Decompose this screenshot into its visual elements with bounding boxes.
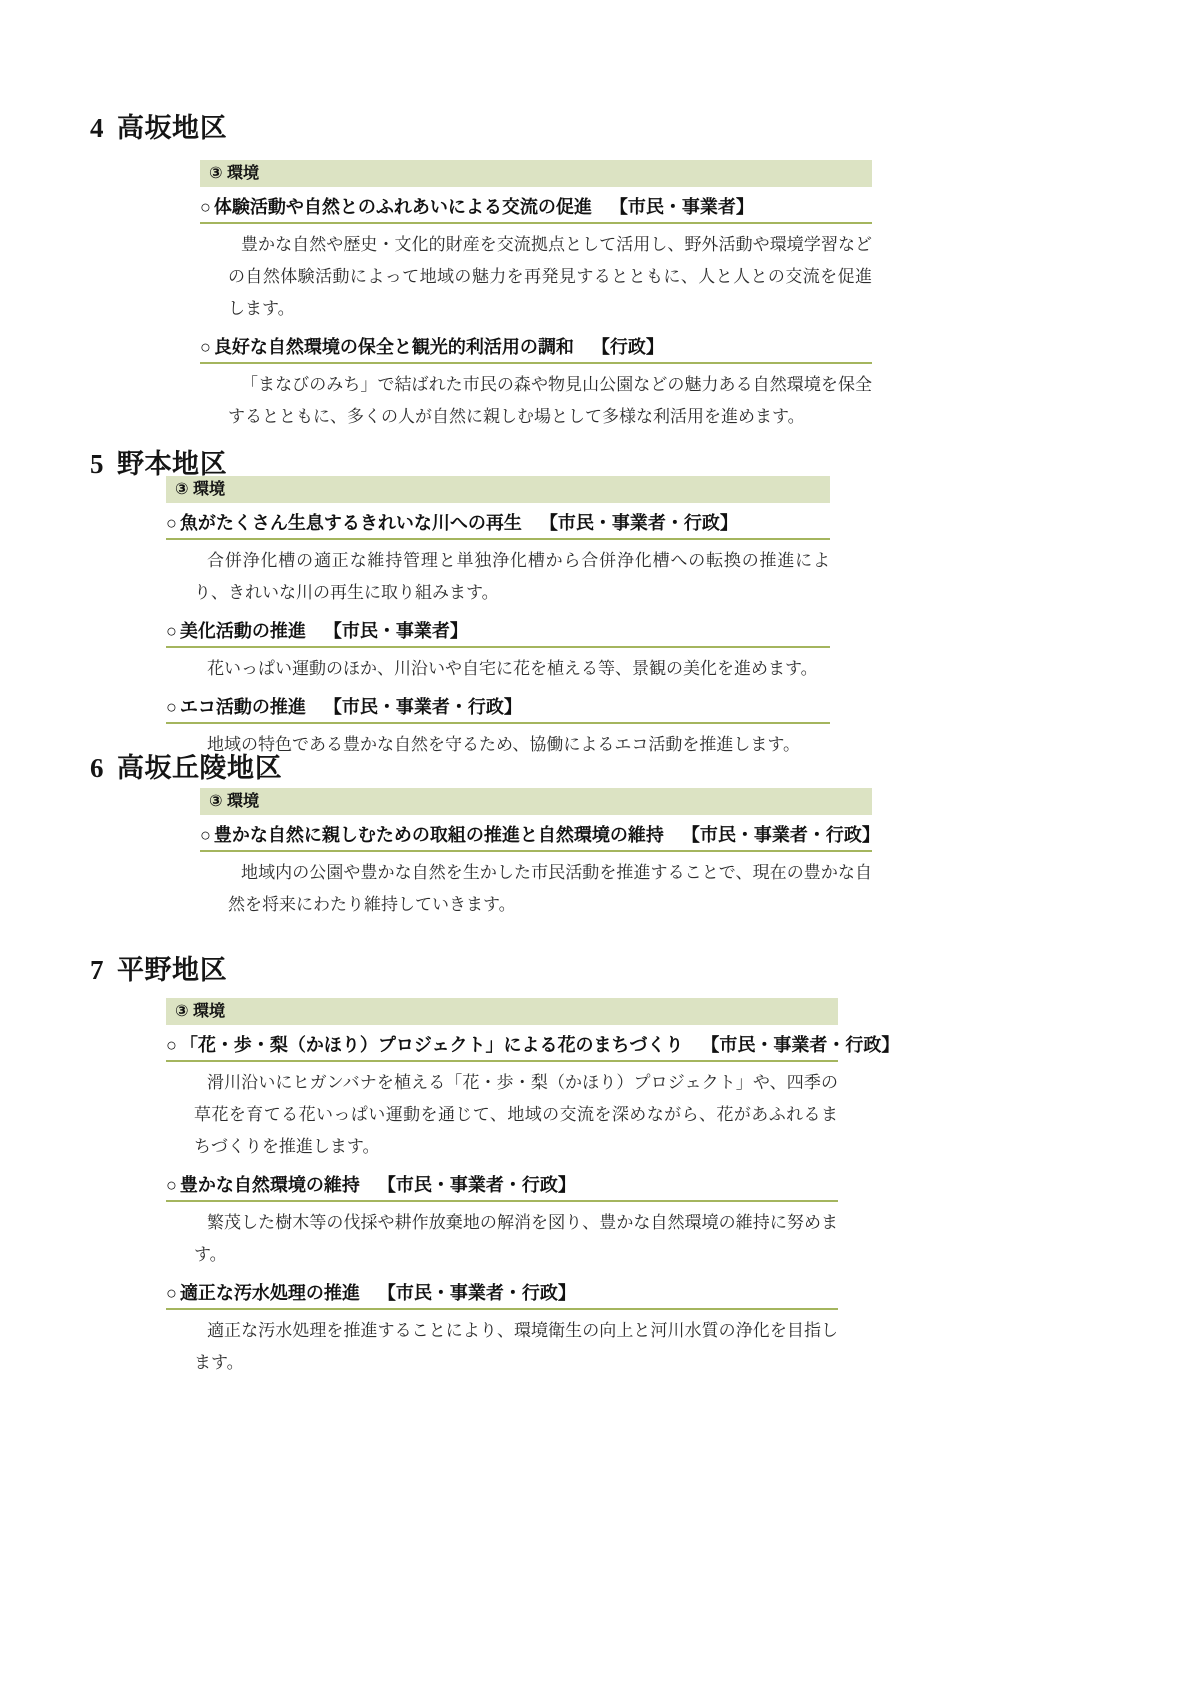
env-category-header: ③ 環境 [166,998,838,1025]
measure-title-row: ○エコ活動の推進【市民・事業者・行政】 [166,687,830,724]
measure-title-row: ○魚がたくさん生息するきれいな川への再生【市民・事業者・行政】 [166,503,830,540]
measure-title-row: ○「花・歩・梨（かほり）プロジェクト」による花のまちづくり【市民・事業者・行政】 [166,1025,838,1062]
env-category-label: ③ 環境 [175,481,225,498]
district-number: 5 [90,449,104,479]
measure-description: 繁茂した樹木等の伐採や耕作放棄地の解消を図り、豊かな自然環境の維持に努めます。 [194,1207,838,1271]
circle-bullet-icon: ○ [166,1283,177,1303]
measure-roles: 【市民・事業者】 [324,621,468,641]
district-name: 野本地区 [117,449,227,479]
measure-roles: 【市民・事業者】 [610,197,754,217]
district-number: 7 [90,955,104,985]
measure-title: 魚がたくさん生息するきれいな川への再生 [180,513,522,533]
circle-bullet-icon: ○ [166,1035,177,1055]
measure-title: 美化活動の推進 [180,621,306,641]
district-section-takasaka: ③ 環境 ○体験活動や自然とのふれあいによる交流の促進【市民・事業者】 豊かな自… [200,160,872,435]
district-number: 6 [90,753,104,783]
measure-title: 豊かな自然に親しむための取組の推進と自然環境の維持 [214,825,664,845]
circle-bullet-icon: ○ [200,337,211,357]
env-category-header: ③ 環境 [200,788,872,815]
measure-item: ○豊かな自然に親しむための取組の推進と自然環境の維持【市民・事業者・行政】 地域… [200,815,872,921]
measure-description: 地域の特色である豊かな自然を守るため、協働によるエコ活動を推進します。 [194,729,830,761]
district-heading-takasaka-kyuryo: 6高坂丘陵地区 [90,746,282,785]
measure-item: ○体験活動や自然とのふれあいによる交流の促進【市民・事業者】 豊かな自然や歴史・… [200,187,872,325]
measure-description: 滑川沿いにヒガンバナを植える「花・歩・梨（かほり）プロジェクト」や、四季の草花を… [194,1067,838,1163]
measure-roles: 【市民・事業者・行政】 [324,697,522,717]
measure-item: ○「花・歩・梨（かほり）プロジェクト」による花のまちづくり【市民・事業者・行政】… [166,1025,838,1163]
measure-title-row: ○豊かな自然環境の維持【市民・事業者・行政】 [166,1165,838,1202]
measure-roles: 【市民・事業者・行政】 [701,1035,899,1055]
circle-bullet-icon: ○ [166,513,177,533]
measure-description: 豊かな自然や歴史・文化的財産を交流拠点として活用し、野外活動や環境学習などの自然… [228,229,872,325]
district-section-hirano: ③ 環境 ○「花・歩・梨（かほり）プロジェクト」による花のまちづくり【市民・事業… [166,998,838,1381]
measure-title-row: ○体験活動や自然とのふれあいによる交流の促進【市民・事業者】 [200,187,872,224]
circle-bullet-icon: ○ [200,197,211,217]
measure-roles: 【行政】 [592,337,664,357]
measure-title: 良好な自然環境の保全と観光的利活用の調和 [214,337,574,357]
circle-bullet-icon: ○ [166,697,177,717]
measure-title-row: ○豊かな自然に親しむための取組の推進と自然環境の維持【市民・事業者・行政】 [200,815,872,852]
measure-title: エコ活動の推進 [180,697,306,717]
env-category-label: ③ 環境 [209,793,259,810]
measure-item: ○美化活動の推進【市民・事業者】 花いっぱい運動のほか、川沿いや自宅に花を植える… [166,611,830,685]
env-category-label: ③ 環境 [209,165,259,182]
env-category-header: ③ 環境 [200,160,872,187]
circle-bullet-icon: ○ [166,621,177,641]
measure-title: 適正な汚水処理の推進 [180,1283,360,1303]
measure-roles: 【市民・事業者・行政】 [378,1283,576,1303]
district-name: 高坂丘陵地区 [117,753,282,783]
district-section-takasaka-kyuryo: ③ 環境 ○豊かな自然に親しむための取組の推進と自然環境の維持【市民・事業者・行… [200,788,872,923]
measure-title-row: ○美化活動の推進【市民・事業者】 [166,611,830,648]
measure-roles: 【市民・事業者・行政】 [540,513,738,533]
measure-title: 体験活動や自然とのふれあいによる交流の促進 [214,197,592,217]
measure-item: ○適正な汚水処理の推進【市民・事業者・行政】 適正な汚水処理を推進することにより… [166,1273,838,1379]
measure-item: ○良好な自然環境の保全と観光的利活用の調和【行政】 「まなびのみち」で結ばれた市… [200,327,872,433]
measure-title: 「花・歩・梨（かほり）プロジェクト」による花のまちづくり [180,1035,683,1055]
env-category-label: ③ 環境 [175,1003,225,1020]
district-section-nomoto: ③ 環境 ○魚がたくさん生息するきれいな川への再生【市民・事業者・行政】 合併浄… [166,476,830,763]
document-page: { "ui": { "bullet": "○", "env_bar_color"… [0,0,1200,1697]
measure-description: 適正な汚水処理を推進することにより、環境衛生の向上と河川水質の浄化を目指します。 [194,1315,838,1379]
circle-bullet-icon: ○ [166,1175,177,1195]
district-heading-hirano: 7平野地区 [90,948,227,987]
measure-description: 花いっぱい運動のほか、川沿いや自宅に花を植える等、景観の美化を進めます。 [194,653,830,685]
district-number: 4 [90,113,104,143]
district-name: 平野地区 [117,955,227,985]
circle-bullet-icon: ○ [200,825,211,845]
district-heading-takasaka: 4高坂地区 [90,106,227,145]
measure-roles: 【市民・事業者・行政】 [682,825,880,845]
measure-item: ○豊かな自然環境の維持【市民・事業者・行政】 繁茂した樹木等の伐採や耕作放棄地の… [166,1165,838,1271]
env-category-header: ③ 環境 [166,476,830,503]
measure-title-row: ○適正な汚水処理の推進【市民・事業者・行政】 [166,1273,838,1310]
district-name: 高坂地区 [117,113,227,143]
measure-item: ○魚がたくさん生息するきれいな川への再生【市民・事業者・行政】 合併浄化槽の適正… [166,503,830,609]
measure-roles: 【市民・事業者・行政】 [378,1175,576,1195]
measure-title: 豊かな自然環境の維持 [180,1175,360,1195]
measure-description: 合併浄化槽の適正な維持管理と単独浄化槽から合併浄化槽への転換の推進により、きれい… [194,545,830,609]
measure-description: 「まなびのみち」で結ばれた市民の森や物見山公園などの魅力ある自然環境を保全すると… [228,369,872,433]
measure-title-row: ○良好な自然環境の保全と観光的利活用の調和【行政】 [200,327,872,364]
measure-description: 地域内の公園や豊かな自然を生かした市民活動を推進することで、現在の豊かな自然を将… [228,857,872,921]
